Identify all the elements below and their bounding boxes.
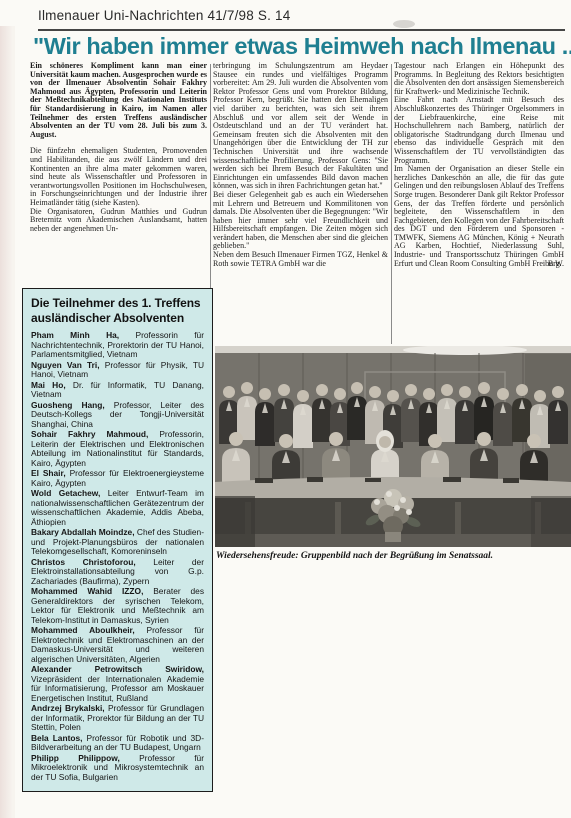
masthead-rule <box>38 29 565 31</box>
article-column-1: Ein schöneres Kompliment kann man einer … <box>30 62 207 233</box>
participant-name: El Shair <box>31 468 70 478</box>
participant-name: Sohair Fakhry Mahmoud <box>31 429 159 439</box>
body-paragraph: Bei dieser Gelegenheit gab es auch ein W… <box>213 191 388 251</box>
body-paragraph: Neben dem Besuch Ilmenauer Firmen TGZ, H… <box>213 251 388 268</box>
body-paragraph: Im Namen der Organisation an dieser Stel… <box>394 165 564 268</box>
participant-entry: Sohair Fakhry MahmoudProfessorin, Leiter… <box>31 430 204 468</box>
participant-name: Bakary Abdallah Moindze <box>31 527 137 537</box>
participant-entry: Guosheng HangProfessor, Leiter des Deuts… <box>31 401 204 430</box>
article-column-3: Tagestour nach Erlangen ein Höhepunkt de… <box>394 62 564 268</box>
participant-entry: Mai HoDr. für Informatik, TU Danang, Vie… <box>31 381 204 400</box>
body-paragraph: Die Organisatoren, Gudrun Matthies und G… <box>30 208 207 234</box>
participant-entry: Andrzej BrykalskiProfessor für Grundlage… <box>31 704 204 733</box>
participant-entry: Bakary Abdallah MoindzeChef des Studien-… <box>31 528 204 557</box>
body-paragraph: Tagestour nach Erlangen ein Höhepunkt de… <box>394 62 564 96</box>
participant-name: Bela Lantos <box>31 733 87 743</box>
participant-name: Andrzej Brykalski <box>31 703 108 713</box>
scan-edge-artifact <box>0 26 15 818</box>
participant-entry: Bela LantosProfessor für Robotik und 3D-… <box>31 734 204 753</box>
participants-box: Die Teilnehmer des 1. Treffens ausländis… <box>22 288 213 792</box>
participant-name: Philipp Philippow <box>31 753 139 763</box>
column-divider <box>391 64 392 344</box>
participant-entry: Christos ChristoforouLeiter der Elektroi… <box>31 558 204 587</box>
participant-desc: Vizepräsident der Internationalen Akadem… <box>31 674 204 703</box>
participant-name: Christos Christoforou <box>31 557 153 567</box>
participant-entry: Mohammed AboulkheirProfessor für Elektro… <box>31 626 204 664</box>
participant-name: Guosheng Hang <box>31 400 114 410</box>
group-photo-illustration <box>215 346 571 547</box>
participant-entry: Pham Minh HaProfessorin für Nachrichtent… <box>31 331 204 360</box>
participant-entry: El ShairProfessor für Elektroenergieyste… <box>31 469 204 488</box>
article-headline: "Wir haben immer etwas Heimweh nach Ilme… <box>33 33 565 60</box>
participant-entry: Mohammed Wahid IZZOBerater des Generaldi… <box>31 587 204 625</box>
masthead: Ilmenauer Uni-Nachrichten 41/7/98 S. 14 <box>38 8 538 23</box>
lead-paragraph: Ein schöneres Kompliment kann man einer … <box>30 62 207 139</box>
participant-name: Wold Getachew <box>31 488 108 498</box>
body-paragraph: terbringung im Schulungszentrum am Heyda… <box>213 62 388 191</box>
photo-caption: Wiedersehensfreude: Gruppenbild nach der… <box>216 551 564 561</box>
participant-name: Mohammed Aboulkheir <box>31 625 147 635</box>
participant-name: Mai Ho <box>31 380 73 390</box>
body-paragraph: Die fünfzehn ehemaligen Studenten, Promo… <box>30 147 207 207</box>
participant-name: Alexander Petrowitsch Swiridow <box>31 664 204 674</box>
article-column-2: terbringung im Schulungszentrum am Heyda… <box>213 62 388 268</box>
participant-name: Mohammed Wahid IZZO <box>31 586 153 596</box>
participant-entry: Wold GetachewLeiter Entwurf-Team im nati… <box>31 489 204 527</box>
participant-entry: Nguyen Van TriProfessor für Physik, TU H… <box>31 361 204 380</box>
participant-name: Pham Minh Ha <box>31 330 136 340</box>
participant-name: Nguyen Van Tri <box>31 360 105 370</box>
participants-box-title: Die Teilnehmer des 1. Treffens ausländis… <box>31 296 204 325</box>
body-paragraph: Eine Fahrt nach Arnstadt mit Besuch des … <box>394 96 564 165</box>
participant-entry: Philipp PhilippowProfessor für Mikroelek… <box>31 754 204 783</box>
participant-entry: Alexander Petrowitsch SwiridowVizepräsid… <box>31 665 204 703</box>
newsletter-page: Ilmenauer Uni-Nachrichten 41/7/98 S. 14 … <box>0 0 571 818</box>
group-photo <box>215 346 571 547</box>
